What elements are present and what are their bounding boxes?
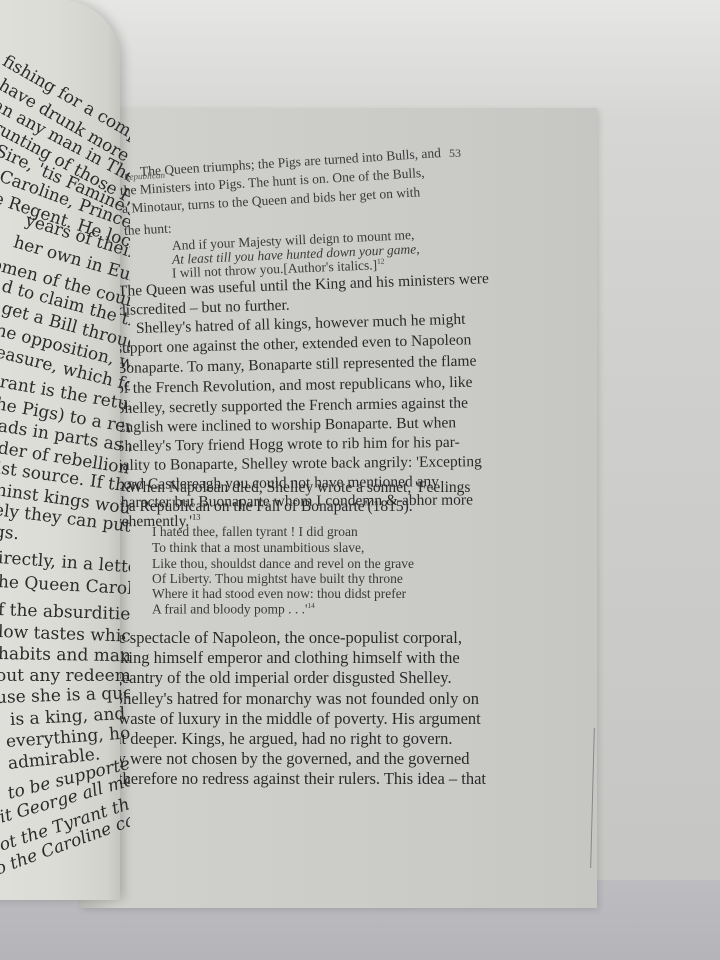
body-line: Shelley's Tory friend Hogg wrote to rib …: [116, 434, 460, 456]
body-line: the waste of luxury in the middle of pov…: [94, 709, 481, 729]
body-line: went deeper. Kings, he argued, had no ri…: [94, 729, 452, 749]
left-page-line: habits and manners: [0, 644, 130, 667]
sonnet-line: To think that a most unambitious slave,: [152, 540, 364, 556]
body-line: Shelley's hatred for monarchy was not fo…: [114, 689, 479, 709]
body-line: of a Republican on the Fall of Bonaparte…: [112, 498, 413, 516]
body-line: the hunt:: [124, 221, 172, 239]
sonnet-line: Of Liberty. Thou mightst have built thy …: [152, 571, 403, 587]
left-page-line: gs.: [0, 522, 20, 544]
left-page-line: he Queen Caroline: [0, 572, 130, 600]
sonnet-line: Where it had stood even now: thou didst …: [152, 586, 406, 602]
body-line: The spectacle of Napoleon, the once-popu…: [100, 628, 462, 648]
body-line: pageantry of the old imperial order disg…: [98, 668, 452, 688]
left-page-line: low tastes which: [0, 622, 130, 647]
page-number: 53: [449, 146, 461, 161]
sonnet-line: Like thou, shouldst dance and revel on t…: [152, 556, 414, 572]
body-line: had therefore no redress against their r…: [90, 769, 486, 789]
body-line: tiality to Bonaparte, Shelley wrote back…: [114, 453, 482, 475]
body-line: They were not chosen by the governed, an…: [92, 749, 470, 769]
body-line: When Napolean died, Shelley wrote a sonn…: [128, 479, 470, 497]
body-line: making himself emperor and clothing hims…: [100, 648, 460, 668]
sonnet-line: A frail and bloody pomp . . .'14: [152, 601, 315, 618]
sonnet-line: I hated thee, fallen tyrant ! I did groa…: [152, 524, 358, 540]
left-page-text: fishing for a complimenthave drunk morea…: [0, 0, 130, 900]
